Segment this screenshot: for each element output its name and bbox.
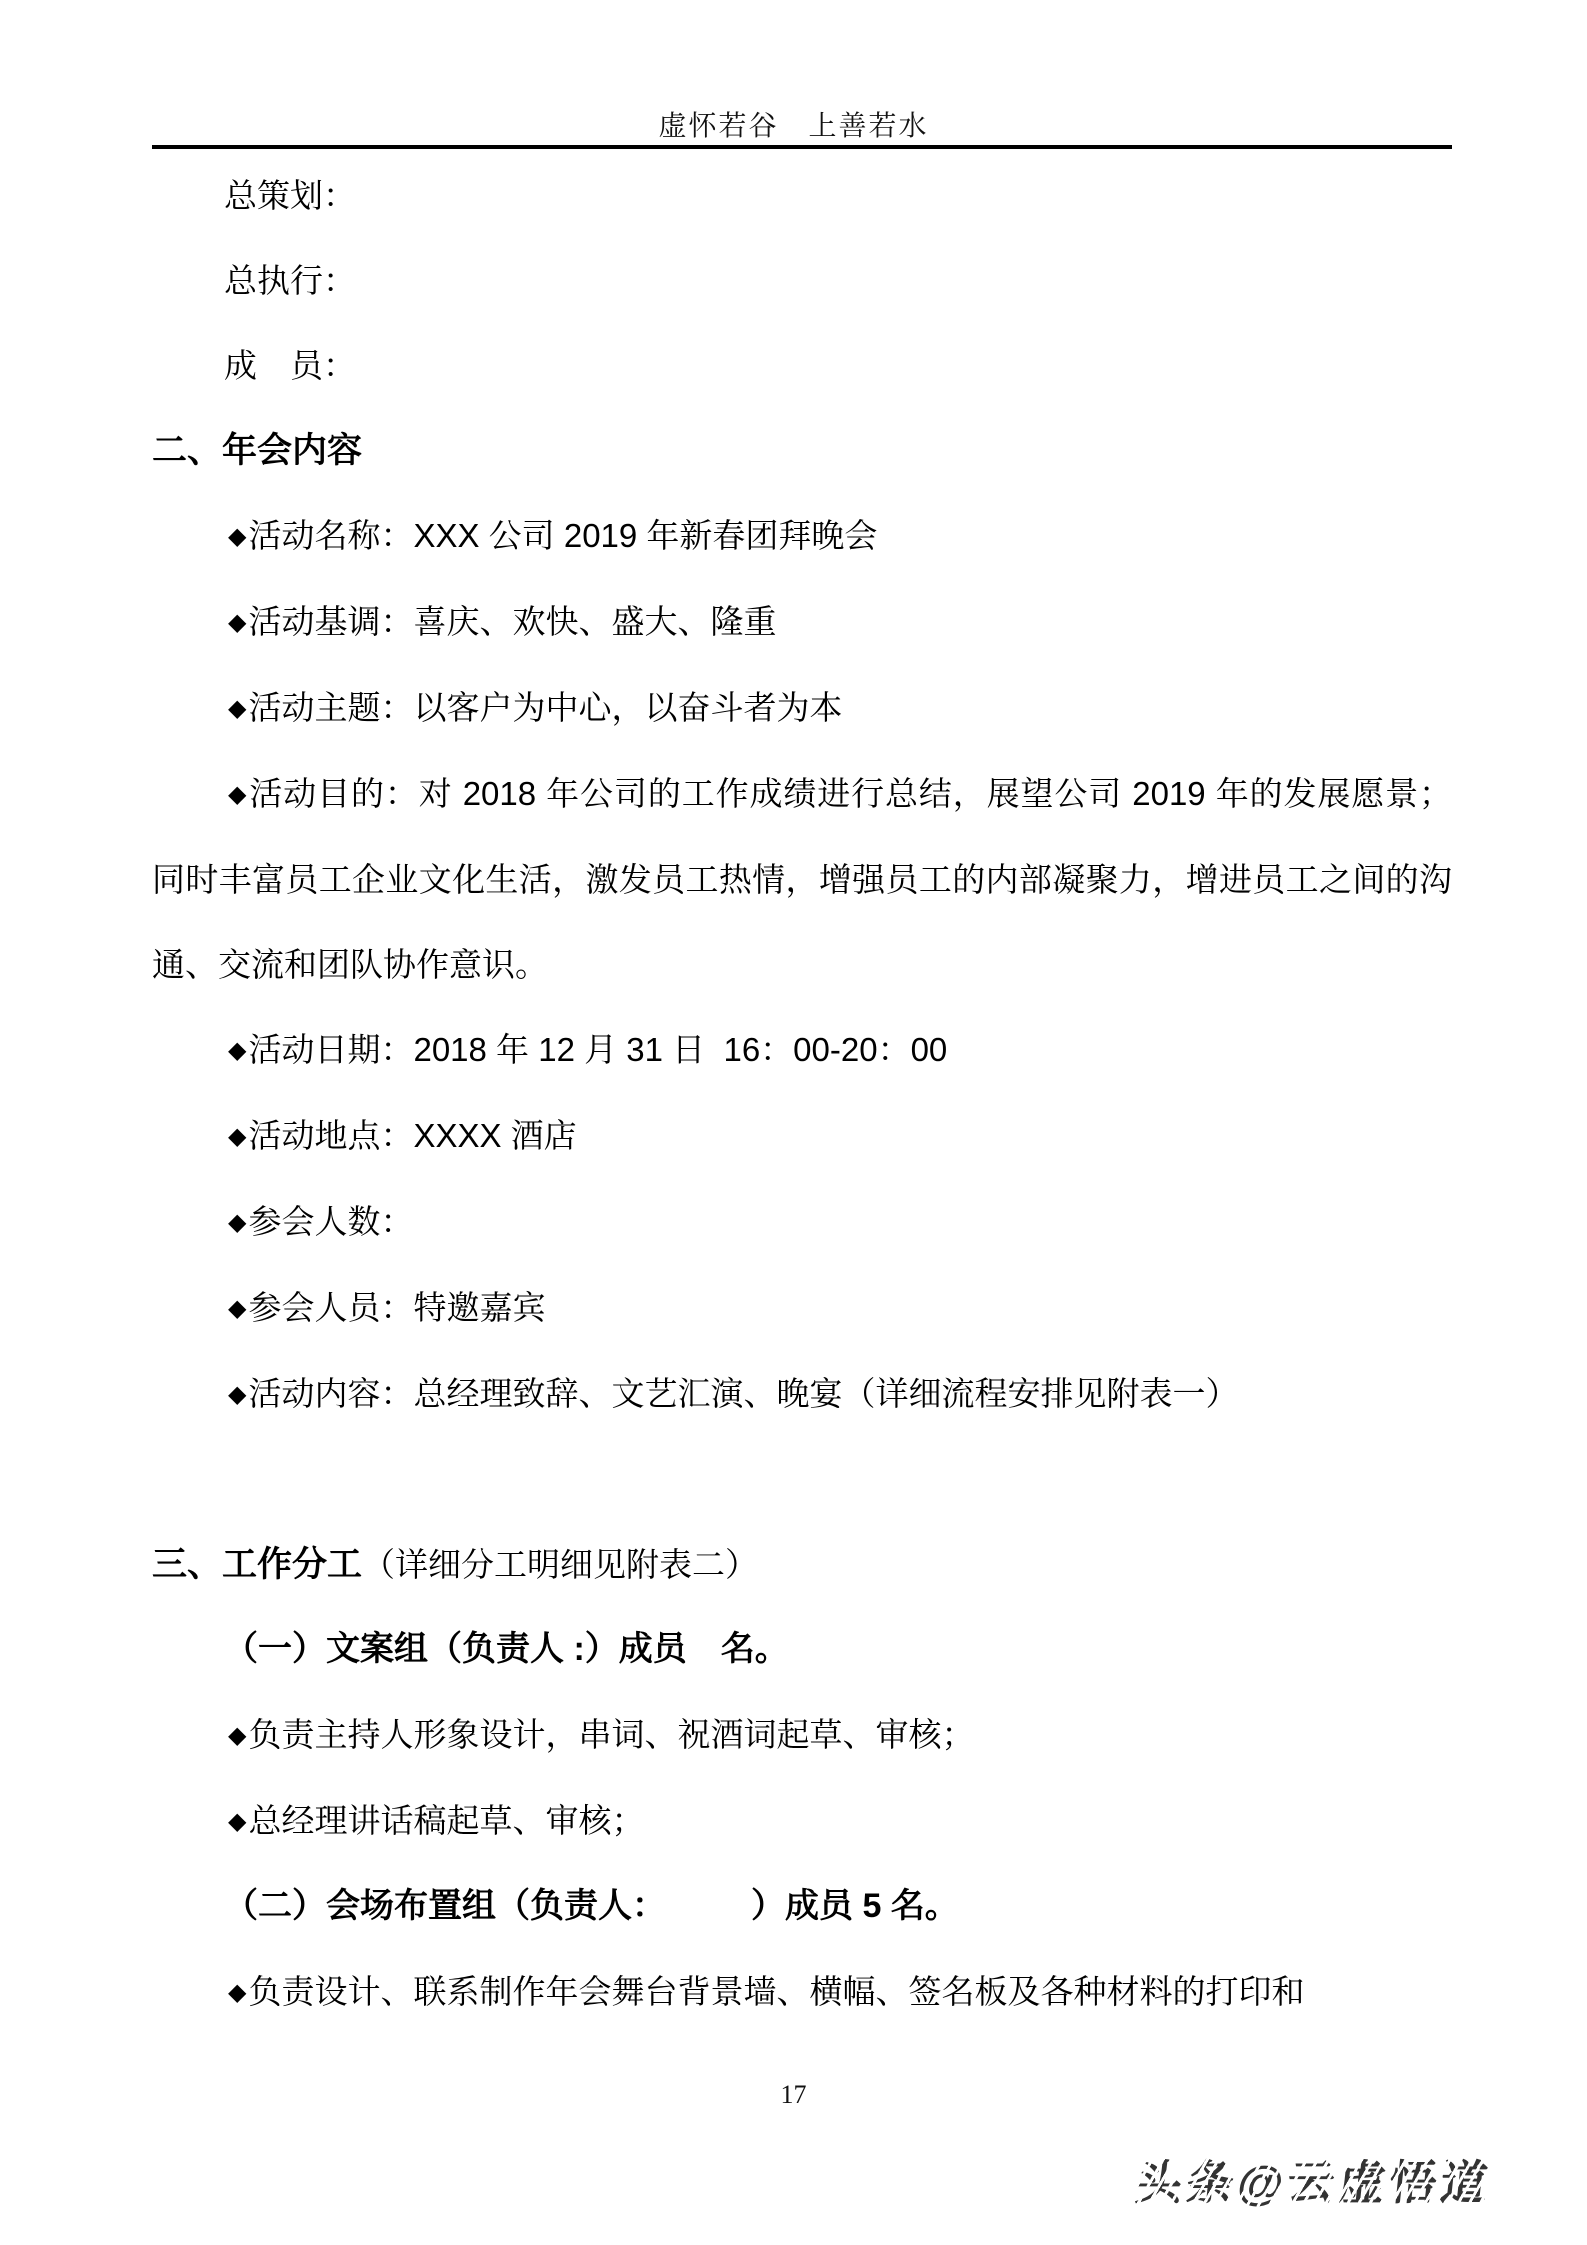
copywriting-duty-2-text: 总经理讲话稿起草、审核； (248, 1802, 644, 1839)
diamond-bullet-icon: ◆ (228, 494, 246, 579)
total-executor-line: 总执行： (152, 238, 1452, 323)
activity-date-item: ◆活动日期：2018 年 12 月 31 日 16：00-20：00 (152, 1007, 1452, 1093)
section-heading-work-division: 三、工作分工（详细分工明细见附表二） (152, 1522, 1452, 1607)
activity-content-item: ◆活动内容：总经理致辞、文艺汇演、晚宴（详细流程安排见附表一） (152, 1351, 1452, 1437)
attendee-count-text: 参会人数： (248, 1203, 413, 1240)
diamond-bullet-icon: ◆ (228, 1950, 246, 2035)
activity-tone-text: 活动基调：喜庆、欢快、盛大、隆重 (248, 603, 776, 640)
activity-theme-text: 活动主题：以客户为中心，以奋斗者为本 (248, 689, 842, 726)
page-number: 17 (0, 2080, 1587, 2110)
diamond-bullet-icon: ◆ (228, 580, 246, 665)
header-motto: 虚怀若谷 上善若水 (0, 104, 1587, 144)
diamond-bullet-icon: ◆ (228, 1779, 246, 1864)
diamond-bullet-icon: ◆ (228, 1180, 246, 1265)
copywriting-duty-2-item: ◆总经理讲话稿起草、审核； (152, 1778, 1452, 1864)
work-division-note: （详细分工明细见附表二） (362, 1546, 758, 1583)
work-division-title: 三、工作分工 (152, 1545, 362, 1584)
diamond-bullet-icon: ◆ (228, 666, 246, 751)
diamond-bullet-icon: ◆ (228, 1693, 246, 1778)
venue-setup-duty-text: 负责设计、联系制作年会舞台背景墙、横幅、签名板及各种材料的打印和 (248, 1973, 1304, 2010)
diamond-bullet-icon: ◆ (228, 1352, 246, 1437)
attendee-count-item: ◆参会人数： (152, 1179, 1452, 1265)
diamond-bullet-icon: ◆ (228, 1008, 246, 1093)
diamond-bullet-icon: ◆ (228, 752, 246, 837)
activity-date-text: 活动日期：2018 年 12 月 31 日 16：00-20：00 (248, 1031, 947, 1068)
document-body: 总策划： 总执行： 成 员： 二、年会内容 ◆活动名称：XXX 公司 2019 … (152, 153, 1452, 2035)
diamond-bullet-icon: ◆ (228, 1266, 246, 1351)
toutiao-watermark: 头条@云虚悟道 (1133, 2146, 1496, 2213)
activity-venue-text: 活动地点：XXXX 酒店 (248, 1117, 576, 1154)
activity-venue-item: ◆活动地点：XXXX 酒店 (152, 1093, 1452, 1179)
section-heading-annual-meeting-content: 二、年会内容 (152, 408, 1452, 493)
activity-name-text: 活动名称：XXX 公司 2019 年新春团拜晚会 (248, 517, 877, 554)
activity-tone-item: ◆活动基调：喜庆、欢快、盛大、隆重 (152, 579, 1452, 665)
venue-setup-duty-item: ◆负责设计、联系制作年会舞台背景墙、横幅、签名板及各种材料的打印和 (152, 1949, 1452, 2035)
diamond-bullet-icon: ◆ (228, 1094, 246, 1179)
document-page: 虚怀若谷 上善若水 总策划： 总执行： 成 员： 二、年会内容 ◆活动名称：XX… (0, 0, 1587, 2245)
group-1-copywriting-subheading: （一）文案组（负责人 :）成员 名。 (152, 1607, 1452, 1692)
attendee-list-item: ◆参会人员：特邀嘉宾 (152, 1265, 1452, 1351)
attendee-list-text: 参会人员：特邀嘉宾 (248, 1289, 545, 1326)
activity-theme-item: ◆活动主题：以客户为中心，以奋斗者为本 (152, 665, 1452, 751)
copywriting-duty-1-item: ◆负责主持人形象设计，串词、祝酒词起草、审核； (152, 1692, 1452, 1778)
activity-purpose-paragraph: ◆活动目的：对 2018 年公司的工作成绩进行总结，展望公司 2019 年的发展… (152, 751, 1452, 1007)
activity-content-text: 活动内容：总经理致辞、文艺汇演、晚宴（详细流程安排见附表一） (248, 1375, 1238, 1412)
activity-name-item: ◆活动名称：XXX 公司 2019 年新春团拜晚会 (152, 493, 1452, 579)
activity-purpose-text: 活动目的：对 2018 年公司的工作成绩进行总结，展望公司 2019 年的发展愿… (152, 775, 1452, 983)
members-line: 成 员： (152, 323, 1452, 408)
group-2-venue-setup-subheading: （二）会场布置组（负责人： ）成员 5 名。 (152, 1864, 1452, 1949)
copywriting-duty-1-text: 负责主持人形象设计，串词、祝酒词起草、审核； (248, 1716, 974, 1753)
header-rule (152, 145, 1452, 149)
total-planner-line: 总策划： (152, 153, 1452, 238)
